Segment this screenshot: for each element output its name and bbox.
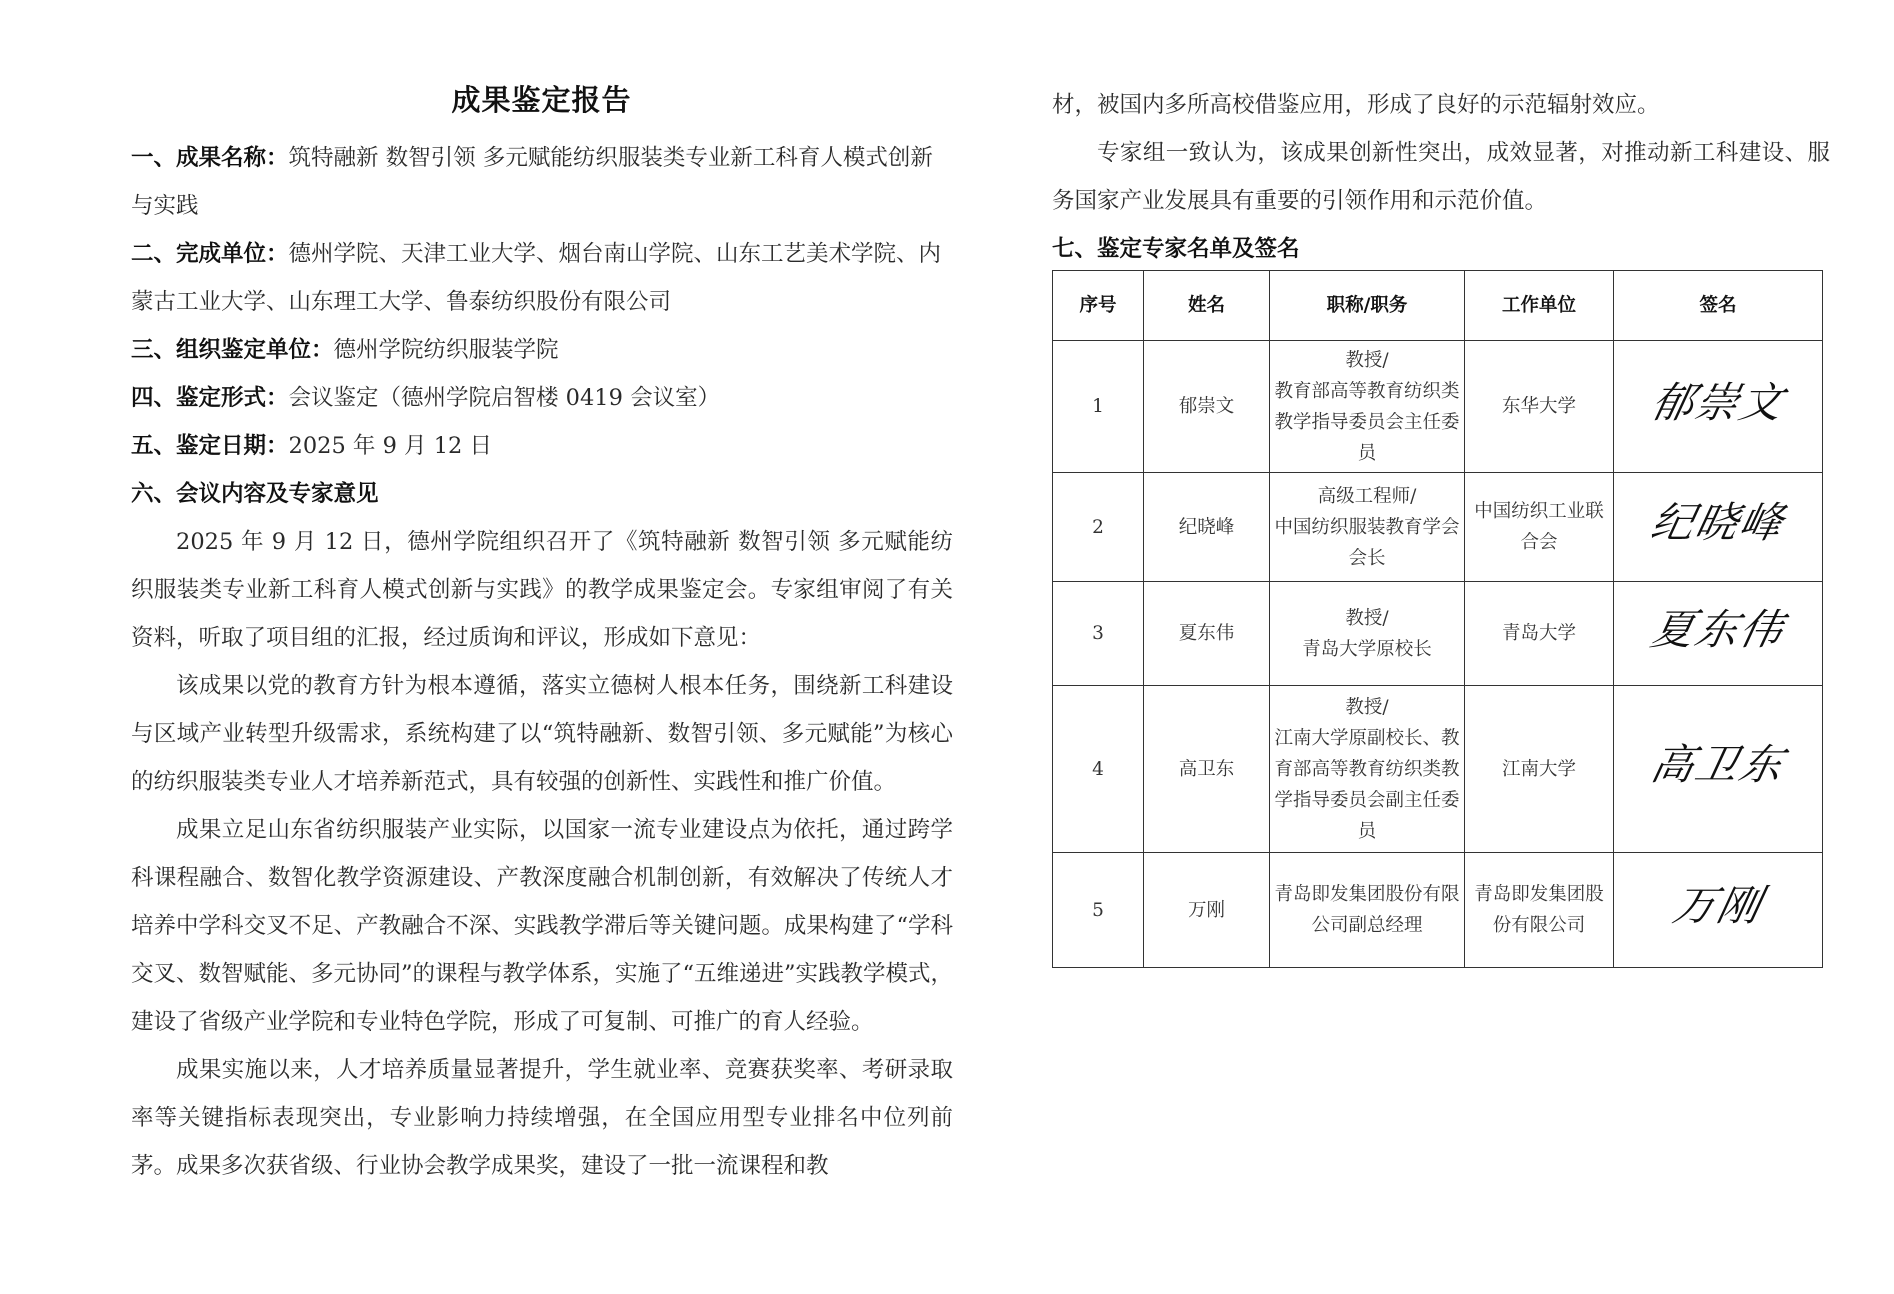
paragraph: 成果立足山东省纺织服装产业实际，以国家一流专业建设点为依托，通过跨学科课程融合、… — [131, 806, 953, 1046]
col-header-unit: 工作单位 — [1465, 271, 1614, 341]
experts-table: 序号 姓名 职称/职务 工作单位 签名 1 郁崇文 教授/教育部高等教育纺织类教… — [1052, 270, 1823, 968]
paragraph-continuation: 材，被国内多所高校借鉴应用，形成了良好的示范辐射效应。 — [1052, 81, 1830, 129]
table-row: 1 郁崇文 教授/教育部高等教育纺织类教学指导委员会主任委员 东华大学 郁崇文 — [1053, 341, 1823, 473]
table-row: 4 高卫东 教授/江南大学原副校长、教育部高等教育纺织类教学指导委员会副主任委员… — [1053, 686, 1823, 853]
col-header-name: 姓名 — [1144, 271, 1270, 341]
cell-unit: 东华大学 — [1465, 341, 1614, 473]
handwritten-signature: 万刚 — [1671, 890, 1766, 921]
section-meeting-opinions: 六、会议内容及专家意见 — [131, 470, 953, 518]
section-label: 三、组织鉴定单位： — [131, 337, 334, 363]
section-appraisal-date: 五、鉴定日期：2025 年 9 月 12 日 — [131, 422, 953, 470]
title-line: 教授/ — [1274, 692, 1460, 723]
table-header-row: 序号 姓名 职称/职务 工作单位 签名 — [1053, 271, 1823, 341]
left-column: 一、成果名称：筑特融新 数智引领 多元赋能纺织服装类专业新工科育人模式创新与实践… — [131, 134, 953, 1190]
handwritten-signature: 夏东伟 — [1649, 614, 1788, 645]
cell-signature: 高卫东 — [1614, 686, 1823, 853]
cell-no: 2 — [1053, 473, 1144, 582]
cell-signature: 夏东伟 — [1614, 582, 1823, 686]
cell-no: 4 — [1053, 686, 1144, 853]
section-organizer: 三、组织鉴定单位：德州学院纺织服装学院 — [131, 326, 953, 374]
cell-title: 教授/青岛大学原校长 — [1270, 582, 1465, 686]
cell-title: 高级工程师/中国纺织服装教育学会会长 — [1270, 473, 1465, 582]
cell-title: 教授/江南大学原副校长、教育部高等教育纺织类教学指导委员会副主任委员 — [1270, 686, 1465, 853]
cell-name: 万刚 — [1144, 853, 1270, 968]
title-line: 教授/ — [1274, 345, 1460, 376]
cell-unit: 青岛即发集团股份有限公司 — [1465, 853, 1614, 968]
cell-no: 1 — [1053, 341, 1144, 473]
cell-unit: 中国纺织工业联合会 — [1465, 473, 1614, 582]
title-line: 中国纺织服装教育学会会长 — [1274, 512, 1460, 574]
section-appraisal-form: 四、鉴定形式：会议鉴定（德州学院启智楼 0419 会议室） — [131, 374, 953, 422]
document-title: 成果鉴定报告 — [131, 78, 952, 119]
section-label: 六、会议内容及专家意见 — [131, 481, 379, 507]
cell-unit: 青岛大学 — [1465, 582, 1614, 686]
cell-no: 5 — [1053, 853, 1144, 968]
section-label: 二、完成单位： — [131, 241, 289, 267]
title-line: 教育部高等教育纺织类教学指导委员会主任委员 — [1274, 376, 1460, 469]
cell-signature: 纪晓峰 — [1614, 473, 1823, 582]
paragraph: 2025 年 9 月 12 日，德州学院组织召开了《筑特融新 数智引领 多元赋能… — [131, 518, 953, 662]
table-row: 3 夏东伟 教授/青岛大学原校长 青岛大学 夏东伟 — [1053, 582, 1823, 686]
table-row: 2 纪晓峰 高级工程师/中国纺织服装教育学会会长 中国纺织工业联合会 纪晓峰 — [1053, 473, 1823, 582]
cell-signature: 郁崇文 — [1614, 341, 1823, 473]
cell-title: 教授/教育部高等教育纺织类教学指导委员会主任委员 — [1270, 341, 1465, 473]
paragraph-conclusion: 专家组一致认为，该成果创新性突出，成效显著，对推动新工科建设、服务国家产业发展具… — [1052, 129, 1830, 225]
cell-unit: 江南大学 — [1465, 686, 1614, 853]
col-header-signature: 签名 — [1614, 271, 1823, 341]
section-value: 会议鉴定（德州学院启智楼 0419 会议室） — [289, 385, 721, 411]
cell-no: 3 — [1053, 582, 1144, 686]
paragraph: 该成果以党的教育方针为根本遵循，落实立德树人根本任务，围绕新工科建设与区域产业转… — [131, 662, 953, 806]
title-line: 教授/ — [1274, 603, 1460, 634]
handwritten-signature: 纪晓峰 — [1649, 507, 1788, 538]
cell-name: 郁崇文 — [1144, 341, 1270, 473]
title-line: 江南大学原副校长、教育部高等教育纺织类教学指导委员会副主任委员 — [1274, 723, 1460, 847]
handwritten-signature: 高卫东 — [1649, 749, 1788, 780]
title-line: 高级工程师/ — [1274, 481, 1460, 512]
paragraph: 成果实施以来，人才培养质量显著提升，学生就业率、竞赛获奖率、考研录取率等关键指标… — [131, 1046, 953, 1190]
section-heading-experts: 七、鉴定专家名单及签名 — [1052, 225, 1830, 273]
handwritten-signature: 郁崇文 — [1649, 387, 1788, 418]
section-value: 德州学院纺织服装学院 — [334, 337, 559, 363]
section-value: 2025 年 9 月 12 日 — [289, 433, 492, 459]
title-line: 青岛大学原校长 — [1274, 634, 1460, 665]
cell-title: 青岛即发集团股份有限公司副总经理 — [1270, 853, 1465, 968]
section-completing-units: 二、完成单位：德州学院、天津工业大学、烟台南山学院、山东工艺美术学院、内蒙古工业… — [131, 230, 953, 326]
right-column: 材，被国内多所高校借鉴应用，形成了良好的示范辐射效应。 专家组一致认为，该成果创… — [1052, 81, 1830, 273]
section-label: 五、鉴定日期： — [131, 433, 289, 459]
col-header-title: 职称/职务 — [1270, 271, 1465, 341]
cell-name: 纪晓峰 — [1144, 473, 1270, 582]
section-label: 四、鉴定形式： — [131, 385, 289, 411]
cell-name: 夏东伟 — [1144, 582, 1270, 686]
cell-signature: 万刚 — [1614, 853, 1823, 968]
col-header-no: 序号 — [1053, 271, 1144, 341]
cell-name: 高卫东 — [1144, 686, 1270, 853]
title-line: 青岛即发集团股份有限公司副总经理 — [1274, 879, 1460, 941]
section-achievement-name: 一、成果名称：筑特融新 数智引领 多元赋能纺织服装类专业新工科育人模式创新与实践 — [131, 134, 953, 230]
section-label: 一、成果名称： — [131, 145, 289, 171]
table-row: 5 万刚 青岛即发集团股份有限公司副总经理 青岛即发集团股份有限公司 万刚 — [1053, 853, 1823, 968]
